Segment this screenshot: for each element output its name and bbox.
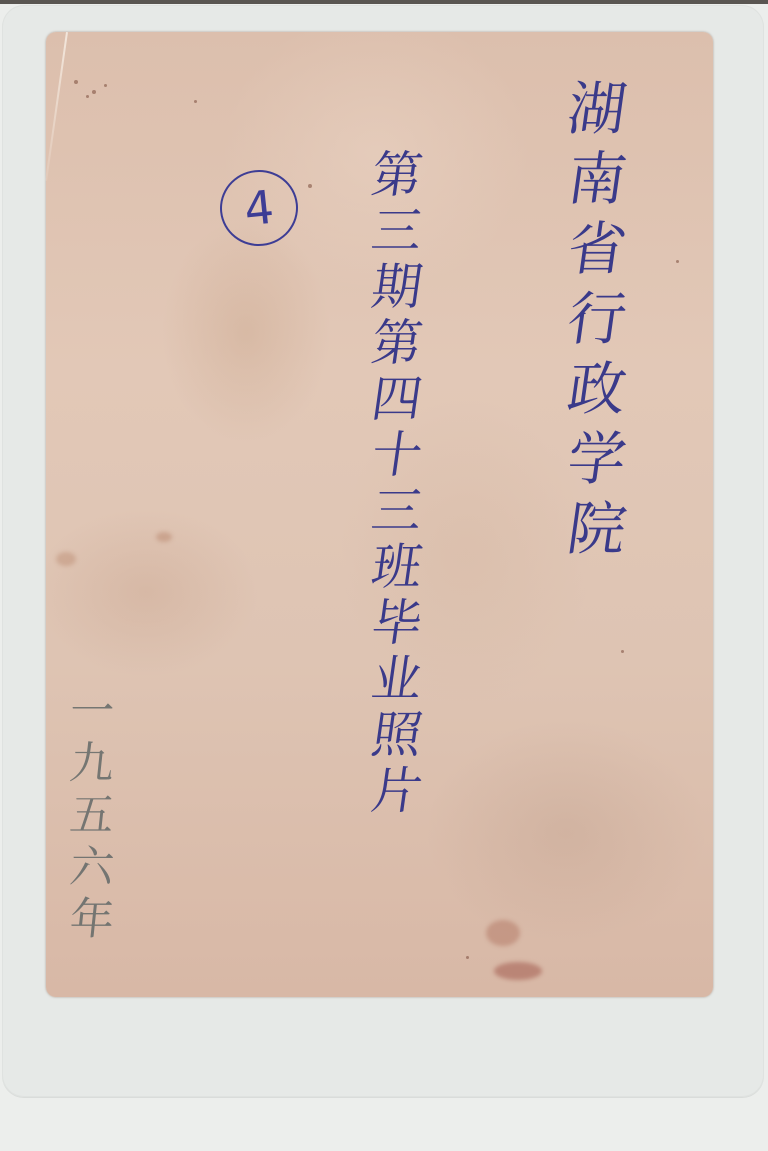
title-char: 照 xyxy=(368,710,425,760)
institution-inscription: 湖 南 省 行 政 学 院 xyxy=(568,80,626,558)
institution-char: 省 xyxy=(564,220,630,278)
paper-spot xyxy=(466,956,469,959)
title-char: 毕 xyxy=(368,598,425,648)
paper-stain xyxy=(56,552,76,566)
institution-char: 政 xyxy=(564,360,630,418)
year-char: 年 xyxy=(68,898,117,942)
title-char: 第 xyxy=(368,150,425,200)
paper-spot xyxy=(74,80,78,84)
paper-spot xyxy=(104,84,107,87)
year-char: 六 xyxy=(68,846,117,890)
circled-number-value: 4 xyxy=(242,180,277,237)
paper-spot xyxy=(92,90,96,94)
title-char: 十 xyxy=(368,430,425,480)
title-char: 第 xyxy=(368,318,425,368)
scanner-edge xyxy=(0,0,768,4)
paper-spot xyxy=(676,260,679,263)
year-inscription: 一 九 五 六 年 xyxy=(70,690,114,942)
paper-stain xyxy=(156,532,172,542)
paper-stain xyxy=(494,962,542,980)
title-char: 三 xyxy=(368,486,425,536)
paper-spot xyxy=(194,100,197,103)
paper-spot xyxy=(621,650,624,653)
circled-number: 4 xyxy=(216,166,302,250)
paper-crease xyxy=(45,32,68,181)
title-char: 业 xyxy=(368,654,425,704)
paper-spot xyxy=(86,95,89,98)
institution-char: 南 xyxy=(564,150,630,208)
photo-title-inscription: 第 三 期 第 四 十 三 班 毕 业 照 片 xyxy=(372,150,422,816)
title-char: 三 xyxy=(368,206,425,256)
paper-spot xyxy=(308,184,312,188)
title-char: 班 xyxy=(368,542,425,592)
year-char: 五 xyxy=(68,794,117,838)
institution-char: 湖 xyxy=(564,80,630,138)
title-char: 期 xyxy=(368,262,425,312)
institution-char: 学 xyxy=(564,430,630,488)
title-char: 四 xyxy=(368,374,425,424)
title-char: 片 xyxy=(368,766,425,816)
institution-char: 院 xyxy=(564,500,630,558)
year-char: 一 xyxy=(68,690,117,734)
institution-char: 行 xyxy=(564,290,630,348)
year-char: 九 xyxy=(68,742,117,786)
paper-stain xyxy=(486,920,520,946)
